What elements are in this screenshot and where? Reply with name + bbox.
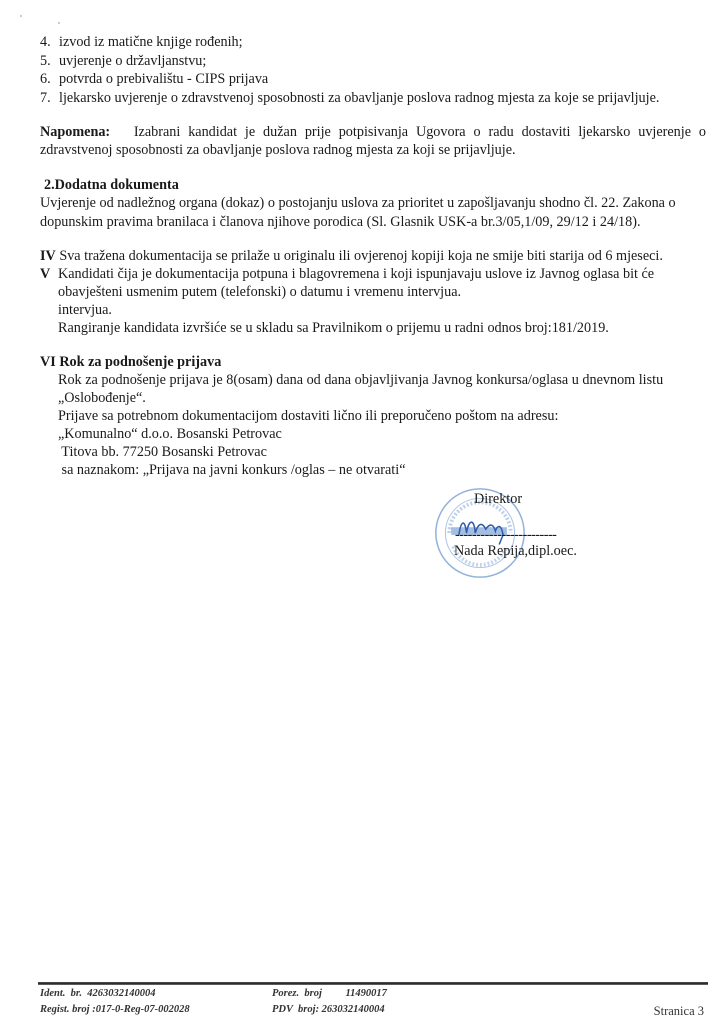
dodatna-line: Uvjerenje od nadležnog organa (dokaz) o …	[40, 195, 676, 212]
list-text: potvrda o prebivalištu - CIPS prijava	[59, 71, 268, 87]
list-number: 4.	[40, 34, 59, 51]
scan-speck	[20, 15, 22, 17]
section-v-line: Rangiranje kandidata izvršiće se u sklad…	[58, 320, 609, 337]
section-v-line: obavješteni usmenim putem (telefonski) o…	[58, 284, 461, 301]
address-line: „Komunalno“ d.o.o. Bosanski Petrovac	[58, 426, 282, 443]
footer-rule	[38, 982, 708, 985]
napomena-text: Izabrani kandidat je dužan prije potpisi…	[134, 124, 706, 140]
list-number: 5.	[40, 53, 59, 70]
section-iv: IV Sva tražena dokumentacija se prilaže …	[40, 248, 663, 265]
document-page: 4.izvod iz matične knjige rođenih; 5.uvj…	[0, 0, 718, 1024]
section-vi-line: „Oslobođenje“.	[58, 390, 146, 407]
porez-number: Porez. broj 11490017	[272, 988, 387, 999]
list-item: 5.uvjerenje o državljanstvu;	[40, 53, 206, 70]
address-line: Titova bb. 77250 Bosanski Petrovac	[58, 444, 267, 461]
section-v-line: intervjua.	[58, 302, 112, 319]
signatory-name: Nada Repija,dipl.oec.	[454, 543, 577, 560]
signatory-title: Direktor	[474, 491, 522, 508]
section-heading: 2.Dodatna dokumenta	[44, 177, 179, 194]
napomena-paragraph: Napomena: Izabrani kandidat je dužan pri…	[40, 124, 706, 141]
section-v: VKandidati čija je dokumentacija potpuna…	[40, 266, 654, 283]
section-label: V	[40, 266, 58, 283]
pdv-number: PDV broj: 263032140004	[272, 1004, 385, 1015]
list-item: 4.izvod iz matične knjige rođenih;	[40, 34, 243, 51]
list-text: uvjerenje o državljanstvu;	[59, 53, 206, 69]
napomena-label: Napomena:	[40, 124, 110, 140]
scan-speck	[58, 22, 60, 24]
list-item: 6.potvrda o prebivalištu - CIPS prijava	[40, 71, 268, 88]
section-vi-line: Rok za podnošenje prijava je 8(osam) dan…	[58, 372, 663, 389]
list-text: izvod iz matične knjige rođenih;	[59, 34, 243, 50]
section-text: Kandidati čija je dokumentacija potpuna …	[58, 266, 654, 282]
page-number: Stranica 3	[654, 1004, 704, 1019]
address-line: sa naznakom: „Prijava na javni konkurs /…	[58, 462, 406, 479]
dodatna-line: dopunskim pravima branilaca i članova nj…	[40, 214, 641, 231]
list-item: 7.ljekarsko uvjerenje o zdravstvenoj spo…	[40, 90, 659, 107]
regist-number: Regist. broj :017-0-Reg-07-002028	[40, 1004, 190, 1015]
list-text: ljekarsko uvjerenje o zdravstvenoj sposo…	[59, 90, 659, 106]
section-text: Sva tražena dokumentacija se prilaže u o…	[59, 248, 663, 264]
list-number: 6.	[40, 71, 59, 88]
signature-line: ------------------------	[455, 527, 556, 544]
section-label: IV	[40, 248, 56, 264]
list-number: 7.	[40, 90, 59, 107]
section-heading: VI Rok za podnošenje prijava	[40, 354, 221, 371]
section-vi-line: Prijave sa potrebnom dokumentacijom dost…	[58, 408, 558, 425]
napomena-line: zdravstvenoj sposobnosti za obavljanje p…	[40, 142, 516, 159]
ident-number: Ident. br. 4263032140004	[40, 988, 156, 999]
